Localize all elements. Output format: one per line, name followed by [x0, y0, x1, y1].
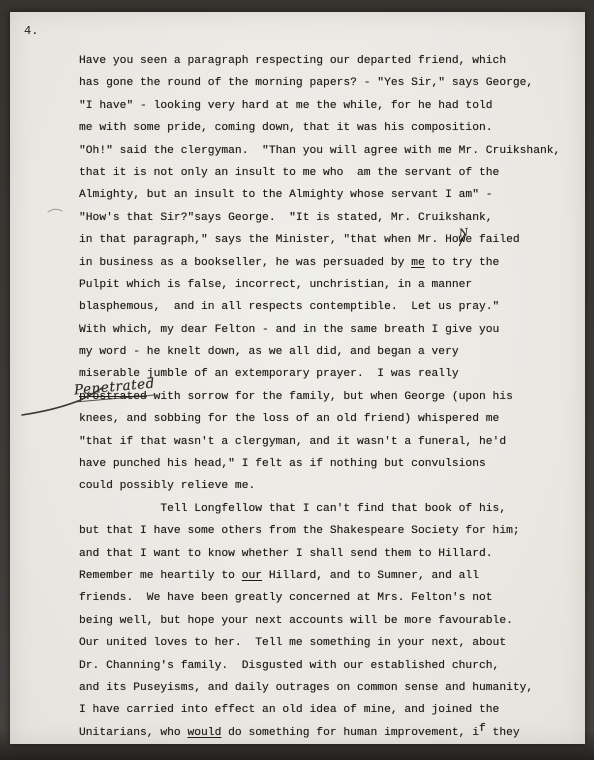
text-line: in business as a bookseller, he was pers…	[79, 252, 579, 274]
text-segment: Pulpit which is false, incorrect, unchri…	[79, 279, 472, 291]
text-segment: that it is not only an insult to me who …	[79, 167, 499, 179]
text-segment: "Oh!" said the clergyman. "Than you will…	[79, 145, 560, 157]
text-segment: Remember me heartily to	[79, 570, 242, 582]
text-segment: my word - he knelt down, as we all did, …	[79, 346, 459, 358]
text-line: With which, my dear Felton - and in the …	[79, 319, 579, 341]
text-line: knees, and sobbing for the loss of an ol…	[79, 408, 579, 430]
text-segment-slash: wN	[459, 234, 466, 246]
text-line: Tell Longfellow that I can't find that b…	[79, 498, 579, 520]
handwritten-note: N	[457, 222, 468, 245]
text-line: I have carried into effect an old idea o…	[79, 699, 579, 721]
text-segment: to try the	[425, 257, 500, 269]
text-segment-u: me	[411, 257, 425, 269]
letter-body: Have you seen a paragraph respecting our…	[79, 50, 579, 744]
text-line: and that I want to know whether I shall …	[79, 543, 579, 565]
text-line: Our united loves to her. Tell me somethi…	[79, 632, 579, 654]
text-line: but that I have some others from the Sha…	[79, 520, 579, 542]
text-segment: with sorrow for the family, but when Geo…	[147, 391, 513, 403]
text-line: being well, but hope your next accounts …	[79, 610, 579, 632]
text-segment: in that paragraph," says the Minister, "…	[79, 234, 459, 246]
text-segment: and that I want to know whether I shall …	[79, 548, 493, 560]
page-number: 4.	[24, 24, 38, 38]
text-segment-u: would	[187, 727, 221, 739]
text-segment: have punched his head," I felt as if not…	[79, 458, 486, 470]
pencil-mark	[48, 209, 62, 212]
text-segment: in business as a bookseller, he was pers…	[79, 257, 411, 269]
text-line: could possibly relieve me.	[79, 475, 579, 497]
text-segment: and its Puseyisms, and daily outrages on…	[79, 682, 533, 694]
text-line: in that paragraph," says the Minister, "…	[79, 229, 579, 251]
text-line: friends. We have been greatly concerned …	[79, 587, 579, 609]
text-line: and its Puseyisms, and daily outrages on…	[79, 677, 579, 699]
text-segment: has gone the round of the morning papers…	[79, 77, 533, 89]
text-segment: "that if that wasn't a clergyman, and it…	[79, 436, 506, 448]
text-segment-u: our	[242, 570, 262, 582]
text-segment: blasphemous, and in all respects contemp…	[79, 301, 499, 313]
text-line: that it is not only an insult to me who …	[79, 162, 579, 184]
text-line: Pulpit which is false, incorrect, unchri…	[79, 274, 579, 296]
text-segment: me with some pride, coming down, that it…	[79, 122, 493, 134]
text-segment: could possibly relieve me.	[79, 480, 255, 492]
text-segment: Hillard, and to Sumner, and all	[262, 570, 479, 582]
text-segment: With which, my dear Felton - and in the …	[79, 324, 499, 336]
text-line: "Oh!" said the clergyman. "Than you will…	[79, 140, 579, 162]
text-segment: being well, but hope your next accounts …	[79, 615, 513, 627]
text-line: me with some pride, coming down, that it…	[79, 117, 579, 139]
text-segment: "How's that Sir?"says George. "It is sta…	[79, 212, 493, 224]
text-segment: e failed	[465, 234, 519, 246]
photo-frame: 4. Have you seen a paragraph respecting …	[0, 0, 594, 760]
text-segment: knees, and sobbing for the loss of an ol…	[79, 413, 499, 425]
text-line: Have you seen a paragraph respecting our…	[79, 50, 579, 72]
text-line: my word - he knelt down, as we all did, …	[79, 341, 579, 363]
text-segment-sup: f	[479, 723, 486, 735]
text-segment: "I have" - looking very hard at me the w…	[79, 100, 493, 112]
text-line: has gone the round of the morning papers…	[79, 72, 579, 94]
text-line: Almighty, but an insult to the Almighty …	[79, 184, 579, 206]
text-line: Remember me heartily to our Hillard, and…	[79, 565, 579, 587]
text-segment: friends. We have been greatly concerned …	[79, 592, 493, 604]
text-segment: I have carried into effect an old idea o…	[79, 704, 499, 716]
text-segment: but that I have some others from the Sha…	[79, 525, 520, 537]
text-line: "How's that Sir?"says George. "It is sta…	[79, 207, 579, 229]
text-line: Unitarians, who would do something for h…	[79, 722, 579, 744]
text-segment: Almighty, but an insult to the Almighty …	[79, 189, 493, 201]
text-segment: Have you seen a paragraph respecting our…	[79, 55, 506, 67]
text-line: have punched his head," I felt as if not…	[79, 453, 579, 475]
text-segment: do something for human improvement, i	[221, 727, 479, 739]
text-segment-strike: prostratedPenetrated	[79, 391, 147, 403]
text-line: Dr. Channing's family. Disgusted with ou…	[79, 655, 579, 677]
text-line: "that if that wasn't a clergyman, and it…	[79, 431, 579, 453]
text-segment: Unitarians, who	[79, 727, 187, 739]
text-line: prostratedPenetrated with sorrow for the…	[79, 386, 579, 408]
text-line: "I have" - looking very hard at me the w…	[79, 95, 579, 117]
text-line: blasphemous, and in all respects contemp…	[79, 296, 579, 318]
text-segment: Dr. Channing's family. Disgusted with ou…	[79, 660, 499, 672]
letter-page: 4. Have you seen a paragraph respecting …	[10, 12, 585, 744]
text-segment: Our united loves to her. Tell me somethi…	[79, 637, 506, 649]
text-segment: they	[486, 727, 520, 739]
text-segment: Tell Longfellow that I can't find that b…	[79, 503, 506, 515]
